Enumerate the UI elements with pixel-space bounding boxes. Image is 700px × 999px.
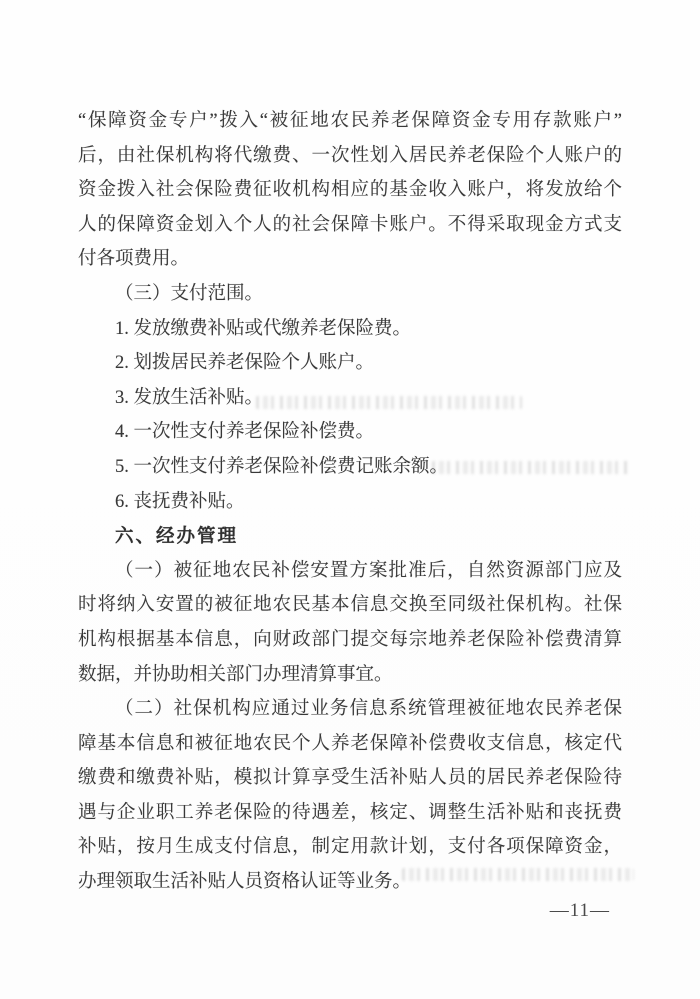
- paragraph-line: （一）被征地农民补偿安置方案批准后，自然资源部门应及: [78, 554, 622, 589]
- section-heading: 六、经办管理: [78, 519, 622, 554]
- paragraph-line: 付各项费用。: [78, 242, 622, 277]
- page-number: —11—: [78, 898, 622, 924]
- paragraph-line: 障基本信息和被征地农民个人养老保障补偿费收支信息，核定代: [78, 727, 622, 762]
- paragraph-line: 遇与企业职工养老保险的待遇差，核定、调整生活补贴和丧抚费: [78, 796, 622, 831]
- paragraph-line: 机构根据基本信息，向财政部门提交每宗地养老保险补偿费清算: [78, 623, 622, 658]
- paragraph-line: 数据，并协助相关部门办理清算事宜。: [78, 658, 622, 693]
- paragraph-line: 时将纳入安置的被征地农民基本信息交换至同级社保机构。社保: [78, 588, 622, 623]
- list-item: 4. 一次性支付养老保险补偿费。: [78, 415, 622, 450]
- paragraph-line: 人的保障资金划入个人的社会保障卡账户。不得采取现金方式支: [78, 208, 622, 243]
- paragraph-line: 缴费和缴费补贴，模拟计算享受生活补贴人员的居民养老保险待: [78, 761, 622, 796]
- ink-bleed-through-artifact: [432, 461, 630, 474]
- paragraph-line: 资金拨入社会保险费征收机构相应的基金收入账户，将发放给个: [78, 173, 622, 208]
- ink-bleed-through-artifact: [402, 868, 634, 881]
- document-text-block: “保障资金专户”拨入“被征地农民养老保障资金专用存款账户” 后，由社保机构将代缴…: [78, 104, 622, 900]
- list-item: 6. 丧抚费补贴。: [78, 485, 622, 520]
- ink-bleed-through-artifact: [256, 396, 522, 409]
- paragraph-line: “保障资金专户”拨入“被征地农民养老保障资金专用存款账户”: [78, 104, 622, 139]
- paragraph-line: 补贴，按月生成支付信息，制定用款计划，支付各项保障资金，: [78, 830, 622, 865]
- list-item: 2. 划拨居民养老保险个人账户。: [78, 346, 622, 381]
- paragraph-line: 后，由社保机构将代缴费、一次性划入居民养老保险个人账户的: [78, 139, 622, 174]
- scanned-page: “保障资金专户”拨入“被征地农民养老保障资金专用存款账户” 后，由社保机构将代缴…: [0, 0, 700, 999]
- paragraph-line: （二）社保机构应通过业务信息系统管理被征地农民养老保: [78, 692, 622, 727]
- subsection-heading: （三）支付范围。: [78, 277, 622, 312]
- list-item: 1. 发放缴费补贴或代缴养老保险费。: [78, 312, 622, 347]
